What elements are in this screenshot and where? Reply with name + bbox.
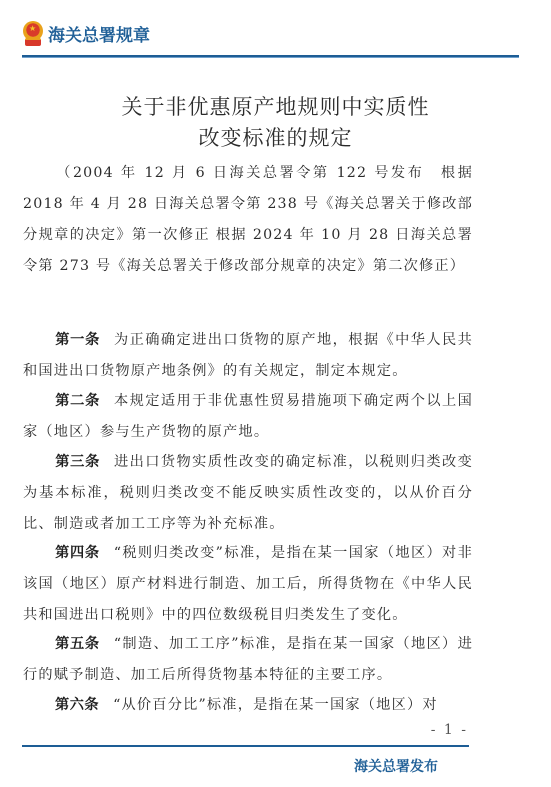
article-label: 第一条 <box>55 332 100 348</box>
document-title-line-2: 改变标准的规定 <box>0 122 551 152</box>
article-5: 第五条“制造、加工工序”标准，是指在某一国家（地区）进行的赋予制造、加工后所得货… <box>23 629 473 691</box>
document-title-line-1: 关于非优惠原产地规则中实质性 <box>0 91 551 121</box>
footer-divider <box>22 745 469 747</box>
header-divider <box>22 55 519 57</box>
preamble-text: （2004 年 12 月 6 日海关总署令第 122 号发布 根据 2018 年… <box>23 165 473 274</box>
article-1: 第一条为正确确定进出口货物的原产地，根据《中华人民共和国进出口货物原产地条例》的… <box>23 325 473 387</box>
article-6: 第六条“从价百分比”标准，是指在某一国家（地区）对 <box>23 690 473 721</box>
article-label: 第五条 <box>55 636 100 652</box>
page-number: - 1 - <box>431 722 468 738</box>
article-3: 第三条进出口货物实质性改变的确定标准，以税则归类改变为基本标准，税则归类改变不能… <box>23 447 473 540</box>
article-label: 第二条 <box>55 393 100 409</box>
article-4: 第四条“税则归类改变”标准，是指在某一国家（地区）对非该国（地区）原产材料进行制… <box>23 538 473 631</box>
article-label: 第四条 <box>55 545 100 561</box>
national-emblem-icon: ★ <box>22 21 44 45</box>
page-header: ★ 海关总署规章 <box>22 18 150 48</box>
footer-publisher: 海关总署发布 <box>354 756 438 776</box>
article-label: 第三条 <box>55 454 100 470</box>
header-title: 海关总署规章 <box>48 21 150 46</box>
article-text: “从价百分比”标准，是指在某一国家（地区）对 <box>113 697 438 713</box>
preamble: （2004 年 12 月 6 日海关总署令第 122 号发布 根据 2018 年… <box>23 158 473 282</box>
article-label: 第六条 <box>55 697 99 713</box>
article-2: 第二条本规定适用于非优惠性贸易措施项下确定两个以上国家（地区）参与生产货物的原产… <box>23 386 473 448</box>
